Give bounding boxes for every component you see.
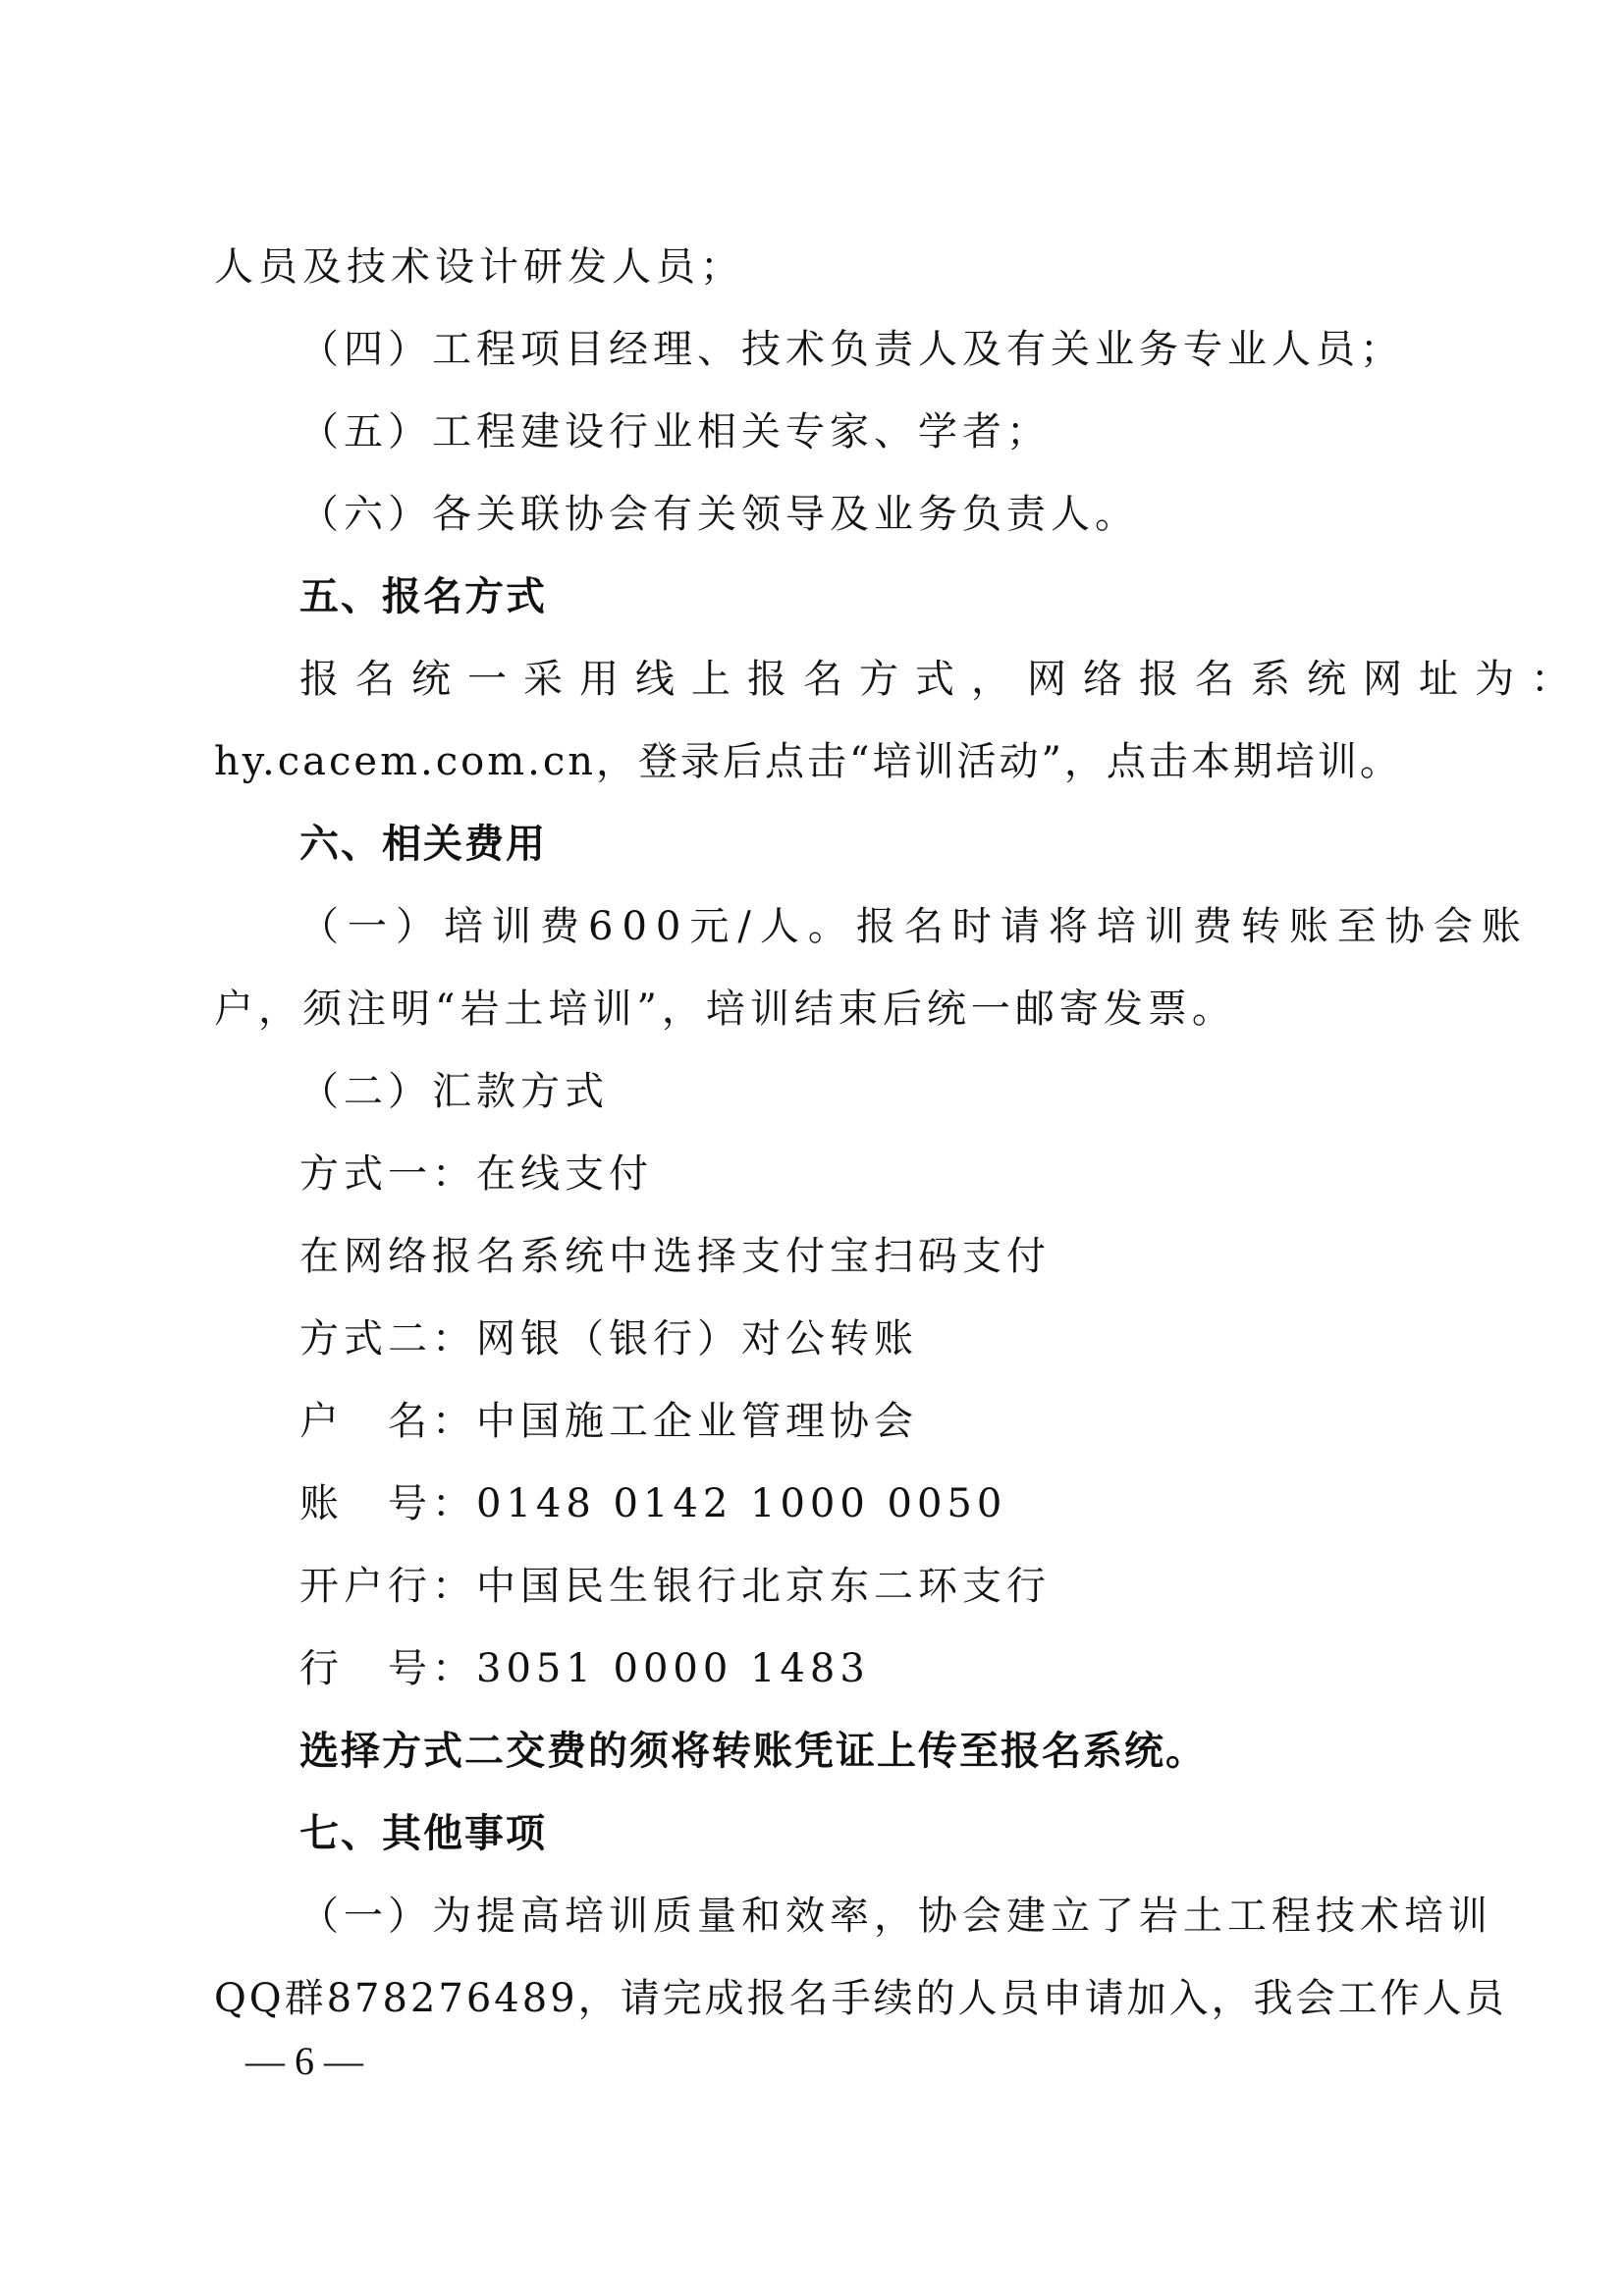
payment-method-1-desc: 在网络报名系统中选择支付宝扫码支付 — [299, 1229, 1051, 1284]
subheading: （二）汇款方式 — [299, 1064, 609, 1119]
section-heading: 七、其他事项 — [299, 1806, 547, 1861]
account-number: 账 号：0148 0142 1000 0050 — [299, 1476, 1006, 1531]
paragraph-line: 报名统一采用线上报名方式，网络报名系统网址为： — [299, 652, 1587, 707]
list-item: （六）各关联协会有关领导及业务负责人。 — [299, 487, 1139, 542]
registration-url-line[interactable]: hy.cacem.com.cn，登录后点击“培训活动”，点击本期培训。 — [214, 734, 1402, 789]
paragraph-line: （一）为提高培训质量和效率，协会建立了岩土工程技术培训 — [299, 1889, 1492, 1944]
list-item: （五）工程建设行业相关专家、学者； — [299, 404, 1051, 459]
section-heading: 六、相关费用 — [299, 817, 547, 872]
paragraph-line: 户，须注明“岩土培训”，培训结束后统一邮寄发票。 — [214, 982, 1236, 1037]
account-name: 户 名：中国施工企业管理协会 — [299, 1394, 918, 1449]
bank-number: 行 号：3051 0000 1483 — [299, 1641, 870, 1696]
payment-note: 选择方式二交费的须将转账凭证上传至报名系统。 — [299, 1724, 1207, 1779]
paragraph-line: （一）培训费600元/人。报名时请将培训费转账至协会账 — [299, 899, 1530, 954]
payment-method-2: 方式二：网银（银行）对公转账 — [299, 1311, 918, 1366]
bank-name: 开户行：中国民生银行北京东二环支行 — [299, 1559, 1051, 1614]
text-line: 人员及技术设计研发人员； — [214, 240, 744, 294]
payment-method-1: 方式一：在线支付 — [299, 1147, 653, 1201]
paragraph-line: QQ群878276489，请完成报名手续的人员申请加入，我会工作人员 — [214, 1971, 1507, 2026]
page-number: — 6 — — [245, 2034, 363, 2089]
section-heading: 五、报名方式 — [299, 569, 547, 624]
list-item: （四）工程项目经理、技术负责人及有关业务专业人员； — [299, 322, 1404, 377]
